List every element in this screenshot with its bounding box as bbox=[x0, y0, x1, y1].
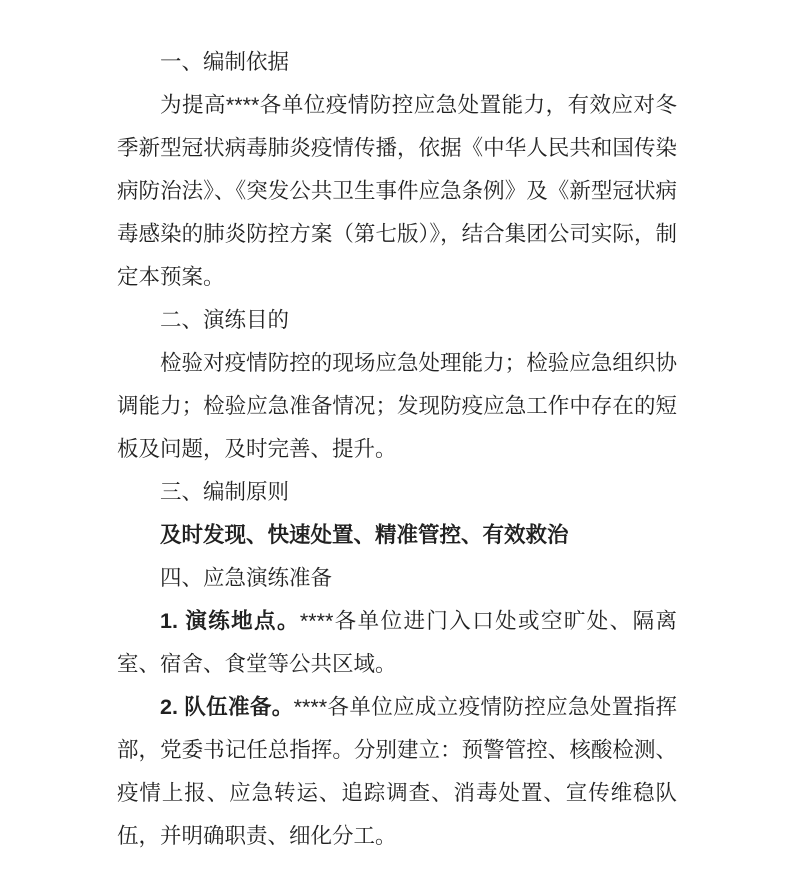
paragraph-team-preparation: 2. 队伍准备。****各单位应成立疫情防控应急处置指挥部，党委书记任总指挥。分… bbox=[117, 686, 677, 858]
paragraph-principles-bold: 及时发现、快速处置、精准管控、有效救治 bbox=[117, 514, 677, 557]
heading-emergency-drill-preparation: 四、应急演练准备 bbox=[117, 557, 677, 600]
paragraph-drill-purpose: 检验对疫情防控的现场应急处理能力；检验应急组织协调能力；检验应急准备情况；发现防… bbox=[117, 342, 677, 471]
heading-drill-purpose: 二、演练目的 bbox=[117, 299, 677, 342]
document-page: 一、编制依据 为提高****各单位疫情防控应急处置能力，有效应对冬季新型冠状病毒… bbox=[0, 0, 791, 874]
heading-compilation-principles: 三、编制原则 bbox=[117, 471, 677, 514]
paragraph-compilation-basis: 为提高****各单位疫情防控应急处置能力，有效应对冬季新型冠状病毒肺炎疫情传播，… bbox=[117, 84, 677, 299]
heading-compilation-basis: 一、编制依据 bbox=[117, 41, 677, 84]
drill-location-label: 1. 演练地点。 bbox=[160, 609, 300, 633]
team-preparation-label: 2. 队伍准备。 bbox=[160, 695, 294, 719]
paragraph-drill-location: 1. 演练地点。****各单位进门入口处或空旷处、隔离室、宿舍、食堂等公共区域。 bbox=[117, 600, 677, 686]
